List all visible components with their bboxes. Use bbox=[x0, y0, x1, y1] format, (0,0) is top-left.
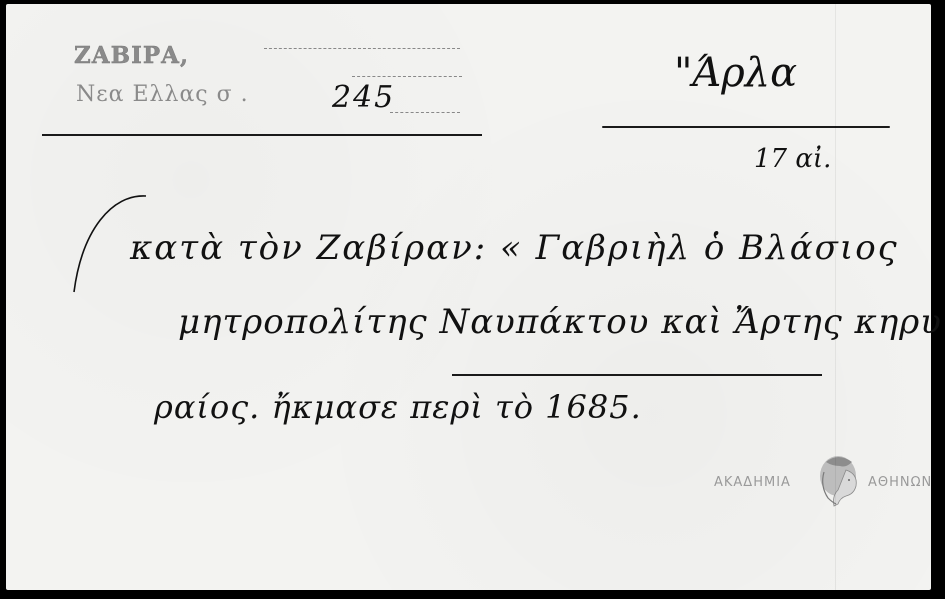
body-line-3: ραίος. ἤκμασε περὶ τὸ 1685. bbox=[154, 388, 642, 426]
watermark-athens: ΑΘΗΝΩΝ bbox=[868, 475, 932, 490]
index-card: ΖΑΒΙΡΑ, Νεα Ελλας σ . 245 "Άρλα 17 αἰ. κ… bbox=[6, 4, 931, 590]
watermark-academy: ΑΚΑΔΗΜΙΑ bbox=[714, 475, 791, 490]
header-divider-left bbox=[42, 134, 482, 136]
body-line-1: κατὰ τὸν Ζαβίραν: « Γαβριὴλ ὁ Βλάσιος bbox=[130, 228, 899, 268]
dotted-line-2 bbox=[352, 76, 462, 77]
dotted-line-1 bbox=[264, 48, 460, 49]
handwritten-century: 17 αἰ. bbox=[754, 144, 831, 174]
stamped-source-reference: Νεα Ελλας σ . bbox=[76, 82, 249, 107]
underline-naupaktou bbox=[452, 374, 822, 376]
handwritten-page-number: 245 bbox=[332, 80, 395, 115]
handwritten-place-title: "Άρλα bbox=[674, 50, 797, 96]
stamped-surname: ΖΑΒΙΡΑ, bbox=[74, 42, 189, 69]
header-divider-right bbox=[602, 126, 890, 128]
body-line-2: μητροπολίτης Ναυπάκτου καὶ Ἄρτης κηρυ bbox=[178, 302, 942, 342]
dotted-line-3 bbox=[390, 112, 460, 113]
athena-head-emblem-icon bbox=[816, 452, 864, 512]
